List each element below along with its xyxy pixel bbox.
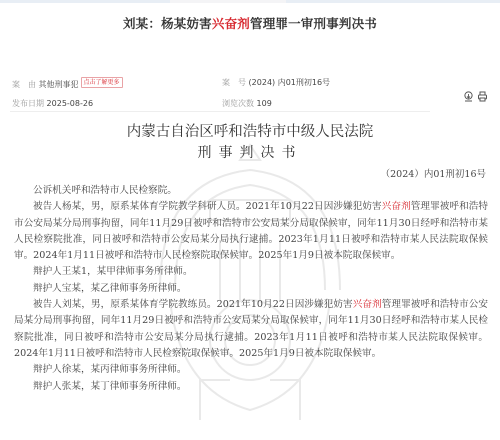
- learn-more-button[interactable]: 点击了解更多: [81, 77, 123, 88]
- page-title: 刘某：杨某妨害兴奋剂管理罪一审刑事判决书: [0, 14, 500, 32]
- meta-divider: [10, 111, 430, 112]
- browser-top-strip: [0, 0, 500, 3]
- paragraph-text: 被告人刘某，男，原系某体育学院教练员。2021年10月22日因涉嫌犯妨害: [33, 299, 353, 310]
- views-field: 浏览次数 109: [222, 98, 272, 109]
- cause-value: 其他刑事犯: [39, 80, 79, 89]
- cause-label: 案 由: [12, 80, 36, 89]
- download-button[interactable]: [463, 87, 474, 98]
- case-number-value: (2024) 内01刑初16号: [249, 78, 331, 87]
- document-case-number: （2024）内01刑初16号: [381, 166, 486, 180]
- paragraph-defendant-yang: 被告人杨某，男，原系某体育学院教学科研人员。2021年10月22日因涉嫌犯妨害兴…: [14, 199, 488, 264]
- cause-field: 案 由 其他刑事犯点击了解更多: [12, 77, 123, 90]
- publish-date-label: 发布日期: [12, 99, 44, 108]
- download-icon: [463, 91, 474, 102]
- paragraph-text: 辩护人宝某，某乙律师事务所律师。: [33, 283, 187, 294]
- document-type: 刑事判决书: [0, 142, 500, 162]
- top-tab: [170, 0, 286, 3]
- keyword-highlight: 兴奋剂: [353, 299, 382, 310]
- print-button[interactable]: [477, 87, 488, 98]
- title-prefix: 刘某：杨某妨害: [123, 16, 212, 31]
- paragraph-defender-bao: 辩护人宝某，某乙律师事务所律师。: [14, 281, 488, 297]
- case-number-field: 案 号 (2024) 内01刑初16号: [222, 77, 330, 88]
- paragraph-text: 辩护人王某1，某甲律师事务所律师。: [33, 266, 193, 277]
- views-label: 浏览次数: [222, 99, 254, 108]
- title-keyword-highlight: 兴奋剂: [212, 16, 250, 31]
- paragraph-defendant-liu: 被告人刘某，男，原系某体育学院教练员。2021年10月22日因涉嫌犯妨害兴奋剂管…: [14, 297, 488, 362]
- print-icon: [477, 91, 488, 102]
- views-value: 109: [257, 99, 272, 108]
- court-name: 内蒙古自治区呼和浩特市中级人民法院: [0, 120, 500, 141]
- publish-date-value: 2025-08-26: [47, 99, 94, 108]
- case-number-label: 案 号: [222, 78, 246, 87]
- title-suffix: 管理罪一审刑事判决书: [250, 16, 377, 31]
- paragraph-text: 辩护人张某，某丁律师事务所律师。: [33, 381, 187, 392]
- keyword-highlight: 兴奋剂: [382, 201, 411, 212]
- paragraph-text: 被告人杨某，男，原系某体育学院教学科研人员。2021年10月22日因涉嫌犯妨害: [33, 201, 382, 212]
- paragraph-defender-zhang: 辩护人张某，某丁律师事务所律师。: [14, 379, 488, 395]
- paragraph-defender-xu: 辩护人徐某，某丙律师事务所律师。: [14, 362, 488, 378]
- paragraph-prosecutor: 公诉机关呼和浩特市人民检察院。: [14, 183, 488, 199]
- publish-date-field: 发布日期 2025-08-26: [12, 98, 93, 109]
- judgment-body: 公诉机关呼和浩特市人民检察院。 被告人杨某，男，原系某体育学院教学科研人员。20…: [14, 183, 488, 395]
- paragraph-defender-wang: 辩护人王某1，某甲律师事务所律师。: [14, 264, 488, 280]
- paragraph-text: 公诉机关呼和浩特市人民检察院。: [33, 185, 177, 196]
- paragraph-text: 辩护人徐某，某丙律师事务所律师。: [33, 364, 187, 375]
